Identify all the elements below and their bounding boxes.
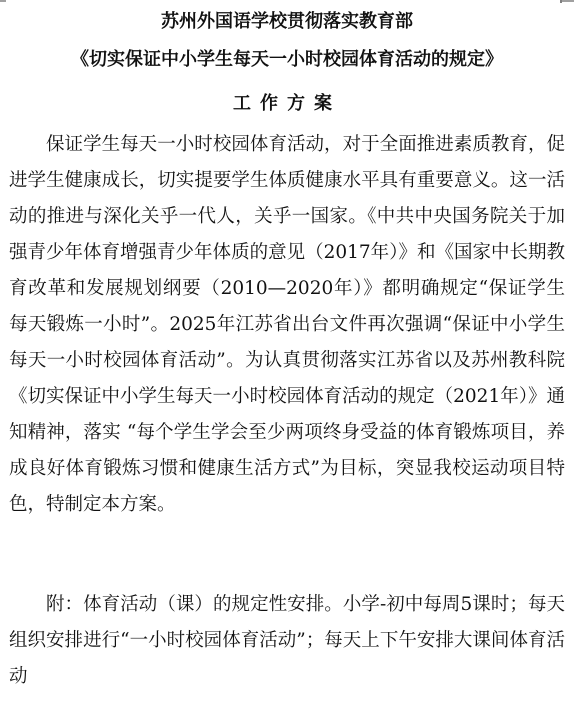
body-paragraph-appendix: 附：体育活动（课）的规定性安排。小学-初中每周5课时；每天组织安排进行“一小时校… <box>9 587 565 695</box>
page-corner-mark-left <box>0 0 6 2</box>
body-paragraph-main: 保证学生每天一小时校园体育活动，对于全面推进素质教育，促进学生健康成长，切实提要… <box>9 127 565 523</box>
document-title-line-1: 苏州外国语学校贯彻落实教育部 <box>0 7 574 33</box>
page-corner-mark-right <box>560 0 574 2</box>
document-title-line-2: 《切实保证中小学生每天一小时校园体育活动的规定》 <box>0 45 574 71</box>
document-subtitle: 工作方案 <box>0 89 574 115</box>
